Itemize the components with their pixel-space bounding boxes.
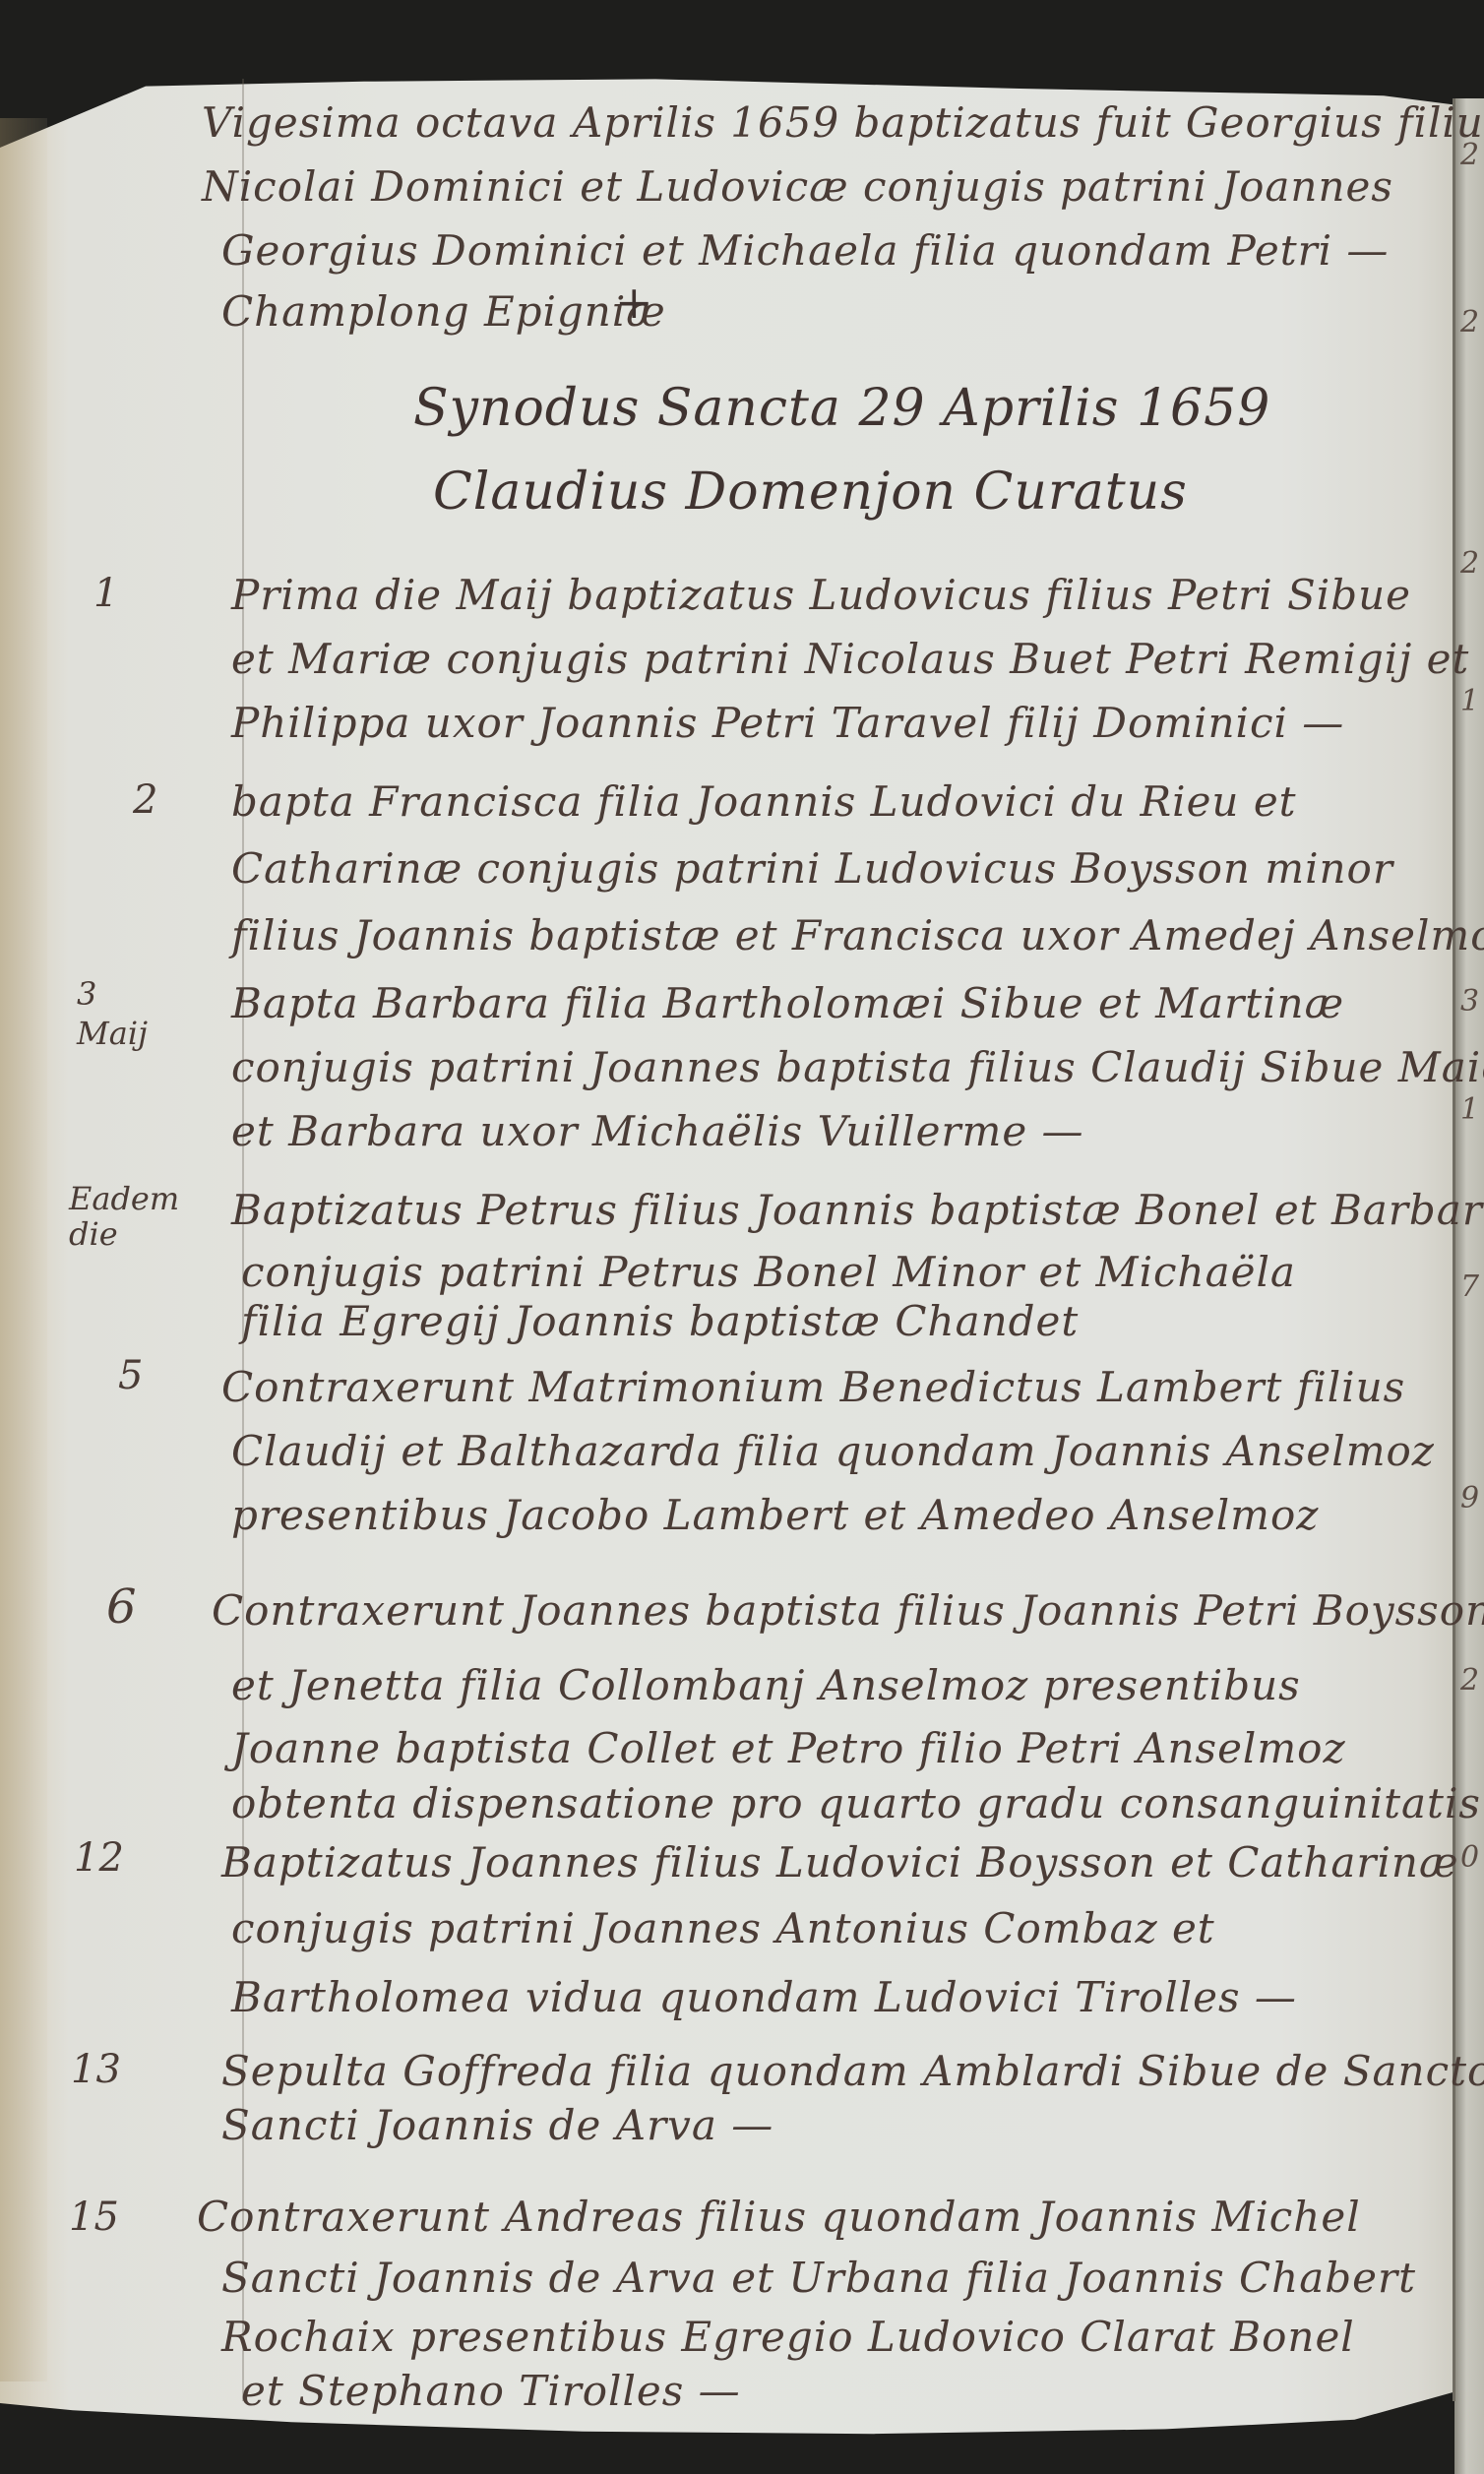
facing-page-mark: 2 bbox=[1460, 138, 1479, 172]
entry-line: Contraxerunt Andreas filius quondam Joan… bbox=[197, 2193, 1361, 2241]
top-entry-line: Nicolai Dominici et Ludovicæ conjugis pa… bbox=[202, 162, 1393, 211]
entry-margin-number: 13 bbox=[71, 2047, 121, 2092]
entry-line: et Stephano Tirolles — bbox=[241, 2367, 741, 2415]
binding-edge bbox=[0, 118, 47, 2381]
entry-margin-number: 15 bbox=[69, 2195, 119, 2240]
entry-line: Bapta Barbara filia Bartholomæi Sibue et… bbox=[231, 979, 1344, 1027]
facing-page-mark: 7 bbox=[1460, 1269, 1479, 1304]
facing-page-mark: 1 bbox=[1460, 684, 1479, 718]
facing-page-mark: 2 bbox=[1460, 546, 1479, 581]
entry-margin-number: 5 bbox=[118, 1353, 143, 1398]
synod-heading: Synodus Sancta 29 Aprilis 1659 bbox=[413, 379, 1270, 438]
entry-margin-number: 6 bbox=[106, 1579, 137, 1635]
facing-page-mark: 9 bbox=[1460, 1481, 1479, 1515]
facing-page-mark: 3 bbox=[1460, 984, 1479, 1019]
entry-margin-date: Eadem die bbox=[69, 1181, 187, 1252]
top-entry-line: Champlong Epigniæ bbox=[221, 287, 666, 336]
entry-line: filius Joannis baptistæ et Francisca uxo… bbox=[231, 911, 1484, 959]
entry-margin-number: 2 bbox=[133, 777, 157, 823]
facing-page-mark: 2 bbox=[1460, 1663, 1479, 1698]
top-entry-line: Georgius Dominici et Michaela filia quon… bbox=[221, 226, 1389, 275]
facing-page-mark: 0 bbox=[1460, 1840, 1479, 1875]
entry-line: Claudij et Balthazarda filia quondam Joa… bbox=[231, 1427, 1435, 1475]
entry-line: Sancti Joannis de Arva — bbox=[221, 2101, 773, 2149]
curate-heading: Claudius Domenjon Curatus bbox=[433, 463, 1188, 522]
entry-line: obtenta dispensatione pro quarto gradu c… bbox=[231, 1779, 1481, 1827]
entry-line: conjugis patrini Petrus Bonel Minor et M… bbox=[241, 1248, 1296, 1296]
entry-line: bapta Francisca filia Joannis Ludovici d… bbox=[231, 777, 1297, 826]
entry-line: Rochaix presentibus Egregio Ludovico Cla… bbox=[221, 2313, 1355, 2361]
facing-page-mark: 2 bbox=[1460, 305, 1479, 340]
entry-line: Sepulta Goffreda filia quondam Amblardi … bbox=[221, 2047, 1484, 2095]
entry-line: Bartholomea vidua quondam Ludovici Tirol… bbox=[231, 1973, 1297, 2021]
entry-line: et Mariæ conjugis patrini Nicolaus Buet … bbox=[231, 635, 1469, 683]
entry-margin-number: 12 bbox=[74, 1835, 124, 1881]
entry-line: Catharinæ conjugis patrini Ludovicus Boy… bbox=[231, 844, 1393, 893]
entry-line: Baptizatus Petrus filius Joannis baptist… bbox=[231, 1186, 1484, 1234]
entry-line: Contraxerunt Matrimonium Benedictus Lamb… bbox=[221, 1363, 1405, 1411]
entry-margin-date: 3 Maij bbox=[77, 974, 155, 1053]
entry-line: et Jenetta filia Collombanj Anselmoz pre… bbox=[231, 1661, 1301, 1709]
entry-line: conjugis patrini Joannes baptista filius… bbox=[231, 1043, 1484, 1091]
entry-line: filia Egregij Joannis baptistæ Chandet bbox=[241, 1297, 1079, 1345]
entry-line: Joanne baptista Collet et Petro filio Pe… bbox=[231, 1724, 1346, 1772]
entry-line: Philippa uxor Joannis Petri Taravel fili… bbox=[231, 699, 1344, 747]
entry-margin-number: 1 bbox=[93, 571, 118, 616]
entry-line: Sancti Joannis de Arva et Urbana filia J… bbox=[221, 2254, 1416, 2302]
entry-line: conjugis patrini Joannes Antonius Combaz… bbox=[231, 1904, 1215, 1952]
entry-line: et Barbara uxor Michaëlis Vuillerme — bbox=[231, 1107, 1084, 1155]
entry-line: Baptizatus Joannes filius Ludovici Boyss… bbox=[221, 1838, 1458, 1886]
top-entry-line: Vigesima octava Aprilis 1659 baptizatus … bbox=[202, 98, 1484, 147]
entry-line: Contraxerunt Joannes baptista filius Joa… bbox=[212, 1586, 1484, 1635]
facing-page-mark: 1 bbox=[1460, 1092, 1479, 1127]
entry-line: presentibus Jacobo Lambert et Amedeo Ans… bbox=[231, 1491, 1319, 1539]
cross-icon: + bbox=[615, 276, 653, 329]
entry-line: Prima die Maij baptizatus Ludovicus fili… bbox=[231, 571, 1411, 619]
